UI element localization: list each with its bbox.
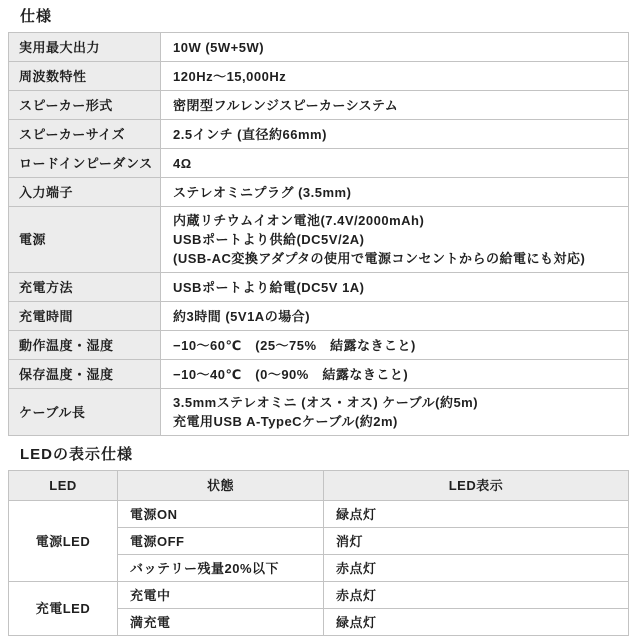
led-state-charging: 充電中: [118, 582, 324, 609]
table-row: スピーカーサイズ 2.5インチ (直径約66mm): [9, 120, 629, 149]
led-display-power-off: 消灯: [324, 528, 629, 555]
table-row: 電源LED 電源ON 緑点灯: [9, 501, 629, 528]
spec-label-operating-temp: 動作温度・湿度: [9, 331, 161, 360]
table-row: 保存温度・湿度 −10〜40℃ (0〜90% 結露なきこと): [9, 360, 629, 389]
spec-value-cable-length: 3.5mmステレオミニ (オス・オス) ケーブル(約5m) 充電用USB A-T…: [161, 389, 629, 436]
led-section-title: LEDの表示仕様: [20, 446, 640, 464]
spec-label-storage-temp: 保存温度・湿度: [9, 360, 161, 389]
spec-value-speaker-type: 密閉型フルレンジスピーカーシステム: [161, 91, 629, 120]
table-row: 実用最大出力 10W (5W+5W): [9, 33, 629, 62]
spec-value-max-output: 10W (5W+5W): [161, 33, 629, 62]
spec-section-title: 仕様: [20, 8, 640, 26]
spec-value-charge-method: USBポートより給電(DC5V 1A): [161, 273, 629, 302]
led-display-battery-low: 赤点灯: [324, 555, 629, 582]
spec-value-frequency: 120Hz〜15,000Hz: [161, 62, 629, 91]
spec-label-cable-length: ケーブル長: [9, 389, 161, 436]
led-state-battery-low: バッテリー残量20%以下: [118, 555, 324, 582]
table-row: ケーブル長 3.5mmステレオミニ (オス・オス) ケーブル(約5m) 充電用U…: [9, 389, 629, 436]
spec-value-storage-temp: −10〜40℃ (0〜90% 結露なきこと): [161, 360, 629, 389]
table-row: 動作温度・湿度 −10〜60℃ (25〜75% 結露なきこと): [9, 331, 629, 360]
led-state-power-off: 電源OFF: [118, 528, 324, 555]
table-row: 電源 内蔵リチウムイオン電池(7.4V/2000mAh) USBポートより供給(…: [9, 207, 629, 273]
spec-label-input-jack: 入力端子: [9, 178, 161, 207]
spec-value-power: 内蔵リチウムイオン電池(7.4V/2000mAh) USBポートより供給(DC5…: [161, 207, 629, 273]
spec-value-input-jack: ステレオミニプラグ (3.5mm): [161, 178, 629, 207]
led-group-charge: 充電LED: [9, 582, 118, 636]
spec-value-impedance: 4Ω: [161, 149, 629, 178]
led-display-full-charge: 緑点灯: [324, 609, 629, 636]
table-row: 充電LED 充電中 赤点灯: [9, 582, 629, 609]
table-row: 充電時間 約3時間 (5V1Aの場合): [9, 302, 629, 331]
table-row: スピーカー形式 密閉型フルレンジスピーカーシステム: [9, 91, 629, 120]
spec-label-power: 電源: [9, 207, 161, 273]
led-state-full-charge: 満充電: [118, 609, 324, 636]
led-table: LED 状態 LED表示 電源LED 電源ON 緑点灯 電源OFF 消灯 バッテ…: [8, 470, 629, 636]
spec-table: 実用最大出力 10W (5W+5W) 周波数特性 120Hz〜15,000Hz …: [8, 32, 629, 436]
spec-value-operating-temp: −10〜60℃ (25〜75% 結露なきこと): [161, 331, 629, 360]
spec-label-speaker-size: スピーカーサイズ: [9, 120, 161, 149]
spec-label-max-output: 実用最大出力: [9, 33, 161, 62]
led-header-state: 状態: [118, 471, 324, 501]
table-row: 入力端子 ステレオミニプラグ (3.5mm): [9, 178, 629, 207]
table-row: 周波数特性 120Hz〜15,000Hz: [9, 62, 629, 91]
spec-label-frequency: 周波数特性: [9, 62, 161, 91]
spec-value-speaker-size: 2.5インチ (直径約66mm): [161, 120, 629, 149]
spec-label-charge-method: 充電方法: [9, 273, 161, 302]
table-row: ロードインピーダンス 4Ω: [9, 149, 629, 178]
led-display-charging: 赤点灯: [324, 582, 629, 609]
led-group-power: 電源LED: [9, 501, 118, 582]
spec-value-charge-time: 約3時間 (5V1Aの場合): [161, 302, 629, 331]
spec-sheet-page: 仕様 実用最大出力 10W (5W+5W) 周波数特性 120Hz〜15,000…: [0, 0, 640, 640]
led-section: LEDの表示仕様 LED 状態 LED表示 電源LED 電源ON 緑点灯 電源O…: [0, 446, 640, 636]
led-header-led: LED: [9, 471, 118, 501]
led-display-power-on: 緑点灯: [324, 501, 629, 528]
led-header-display: LED表示: [324, 471, 629, 501]
led-state-power-on: 電源ON: [118, 501, 324, 528]
table-row: 充電方法 USBポートより給電(DC5V 1A): [9, 273, 629, 302]
table-header-row: LED 状態 LED表示: [9, 471, 629, 501]
spec-label-impedance: ロードインピーダンス: [9, 149, 161, 178]
spec-label-charge-time: 充電時間: [9, 302, 161, 331]
spec-label-speaker-type: スピーカー形式: [9, 91, 161, 120]
